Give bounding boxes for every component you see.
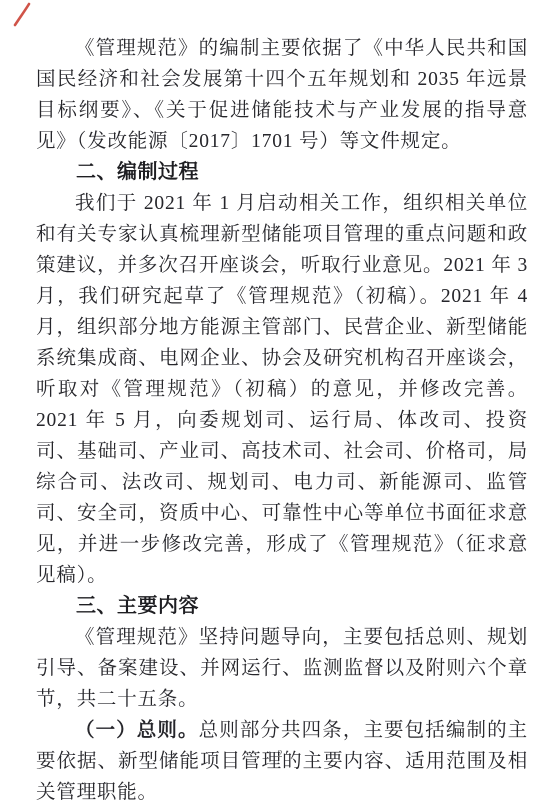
document-body: 《管理规范》的编制主要依据了《中华人民共和国国民经济和社会发展第十四个五年规划和…: [36, 33, 528, 800]
document-page: 《管理规范》的编制主要依据了《中华人民共和国国民经济和社会发展第十四个五年规划和…: [0, 0, 560, 800]
heading-compilation-process: 二、编制过程: [36, 157, 528, 188]
paragraph-intro: 《管理规范》的编制主要依据了《中华人民共和国国民经济和社会发展第十四个五年规划和…: [36, 33, 528, 157]
heading-main-content: 三、主要内容: [36, 591, 528, 622]
paragraph-compilation-process: 我们于 2021 年 1 月启动相关工作，组织相关单位和有关专家认真梳理新型储能…: [36, 188, 528, 591]
general-provisions-lead: （一）总则。: [75, 720, 199, 741]
red-pen-mark: [8, 1, 34, 29]
paragraph-main-content: 《管理规范》坚持问题导向，主要包括总则、规划引导、备案建设、并网运行、监测监督以…: [36, 622, 528, 715]
page-number: 2: [266, 748, 294, 762]
